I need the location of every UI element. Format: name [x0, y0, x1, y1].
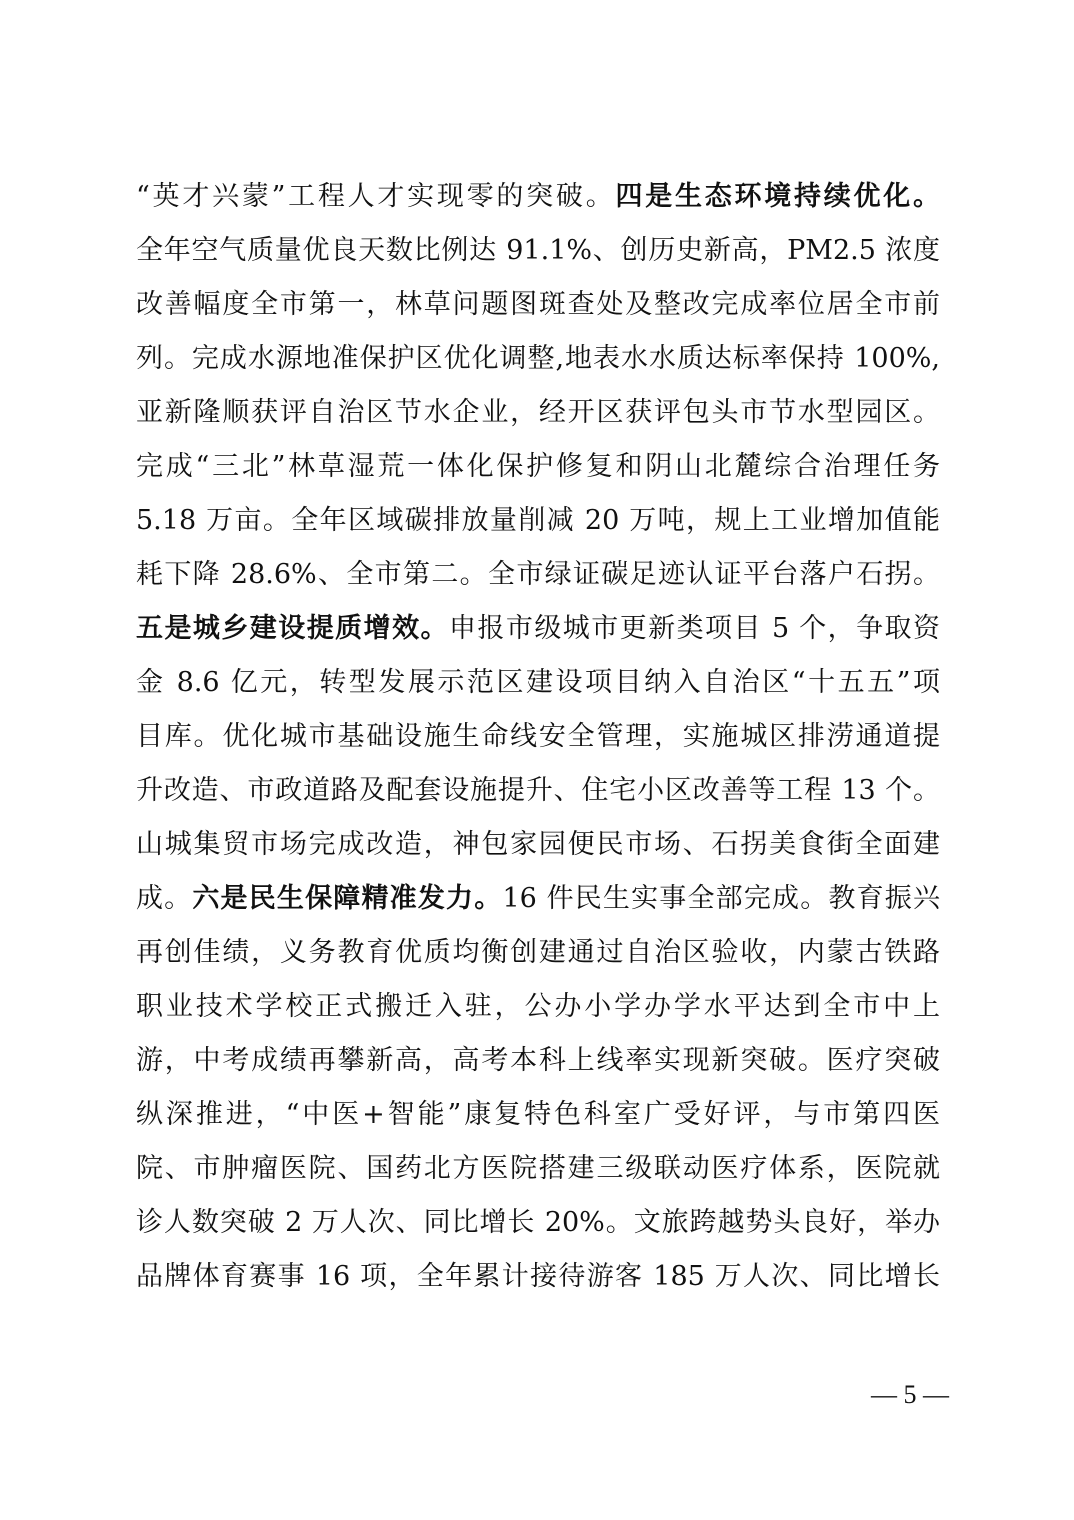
section-heading: 六是民生保障精准发力。: [192, 883, 502, 914]
text-segment: 山城集贸市场完成改造，神包家园便民市场、石拐美食街全面建: [136, 829, 940, 860]
text-line: 改善幅度全市第一，林草问题图斑查处及整改完成率位居全市前: [136, 285, 940, 325]
text-line: 列。完成水源地准保护区优化调整,地表水水质达标率保持 100%,: [136, 339, 940, 379]
text-segment: 职业技术学校正式搬迁入驻，公办小学办学水平达到全市中上: [136, 991, 940, 1022]
text-line: 山城集贸市场完成改造，神包家园便民市场、石拐美食街全面建: [136, 825, 940, 865]
text-segment: 升改造、市政道路及配套设施提升、住宅小区改善等工程 13 个。: [136, 775, 940, 806]
text-segment: 完成“三北”林草湿荒一体化保护修复和阴山北麓综合治理任务: [136, 451, 940, 482]
text-segment: 纵深推进，“中医+智能”康复特色科室广受好评，与市第四医: [136, 1099, 940, 1130]
text-line: 纵深推进，“中医+智能”康复特色科室广受好评，与市第四医: [136, 1095, 940, 1135]
text-line: 诊人数突破 2 万人次、同比增长 20%。文旅跨越势头良好，举办: [136, 1203, 940, 1243]
text-line: “英才兴蒙”工程人才实现零的突破。四是生态环境持续优化。: [136, 177, 940, 217]
text-segment: 全年空气质量优良天数比例达 91.1%、创历史新高，PM2.5 浓度: [136, 235, 940, 266]
text-line: 再创佳绩，义务教育优质均衡创建通过自治区验收，内蒙古铁路: [136, 933, 940, 973]
section-heading: 四是生态环境持续优化。: [615, 181, 940, 212]
text-segment: 成。: [136, 883, 192, 914]
text-segment: 亚新隆顺获评自治区节水企业，经开区获评包头市节水型园区。: [136, 397, 940, 428]
section-heading: 五是城乡建设提质增效。: [136, 613, 449, 644]
text-segment: 院、市肿瘤医院、国药北方医院搭建三级联动医疗体系，医院就: [136, 1153, 940, 1184]
document-page: “英才兴蒙”工程人才实现零的突破。四是生态环境持续优化。全年空气质量优良天数比例…: [0, 0, 1074, 1520]
text-line: 成。六是民生保障精准发力。16 件民生实事全部完成。教育振兴: [136, 879, 940, 919]
text-line: 亚新隆顺获评自治区节水企业，经开区获评包头市节水型园区。: [136, 393, 940, 433]
text-segment: 5.18 万亩。全年区域碳排放量削减 20 万吨，规上工业增加值能: [136, 505, 940, 536]
text-segment: 目库。优化城市基础设施生命线安全管理，实施城区排涝通道提: [136, 721, 940, 752]
text-segment: 金 8.6 亿元，转型发展示范区建设项目纳入自治区“十五五”项: [136, 667, 940, 698]
text-line: 耗下降 28.6%、全市第二。全市绿证碳足迹认证平台落户石拐。: [136, 555, 940, 595]
text-line: 升改造、市政道路及配套设施提升、住宅小区改善等工程 13 个。: [136, 771, 940, 811]
text-segment: 品牌体育赛事 16 项，全年累计接待游客 185 万人次、同比增长: [136, 1261, 940, 1292]
text-segment: 耗下降 28.6%、全市第二。全市绿证碳足迹认证平台落户石拐。: [136, 559, 940, 590]
text-segment: 列。完成水源地准保护区优化调整,地表水水质达标率保持 100%,: [136, 343, 940, 374]
text-segment: 诊人数突破 2 万人次、同比增长 20%。文旅跨越势头良好，举办: [136, 1207, 940, 1238]
text-segment: 再创佳绩，义务教育优质均衡创建通过自治区验收，内蒙古铁路: [136, 937, 940, 968]
text-line: 职业技术学校正式搬迁入驻，公办小学办学水平达到全市中上: [136, 987, 940, 1027]
text-line: 目库。优化城市基础设施生命线安全管理，实施城区排涝通道提: [136, 717, 940, 757]
text-segment: 16 件民生实事全部完成。教育振兴: [502, 883, 940, 914]
text-line: 5.18 万亩。全年区域碳排放量削减 20 万吨，规上工业增加值能: [136, 501, 940, 541]
text-line: 完成“三北”林草湿荒一体化保护修复和阴山北麓综合治理任务: [136, 447, 940, 487]
text-line: 全年空气质量优良天数比例达 91.1%、创历史新高，PM2.5 浓度: [136, 231, 940, 271]
text-line: 游，中考成绩再攀新高，高考本科上线率实现新突破。医疗突破: [136, 1041, 940, 1081]
text-line: 院、市肿瘤医院、国药北方医院搭建三级联动医疗体系，医院就: [136, 1149, 940, 1189]
text-line: 金 8.6 亿元，转型发展示范区建设项目纳入自治区“十五五”项: [136, 663, 940, 703]
text-segment: “英才兴蒙”工程人才实现零的突破。: [136, 181, 615, 212]
text-segment: 改善幅度全市第一，林草问题图斑查处及整改完成率位居全市前: [136, 289, 940, 320]
text-segment: 游，中考成绩再攀新高，高考本科上线率实现新突破。医疗突破: [136, 1045, 940, 1076]
page-number: — 5 —: [860, 1377, 960, 1413]
text-line: 五是城乡建设提质增效。申报市级城市更新类项目 5 个，争取资: [136, 609, 940, 649]
text-line: 品牌体育赛事 16 项，全年累计接待游客 185 万人次、同比增长: [136, 1257, 940, 1297]
text-segment: 申报市级城市更新类项目 5 个，争取资: [449, 613, 940, 644]
